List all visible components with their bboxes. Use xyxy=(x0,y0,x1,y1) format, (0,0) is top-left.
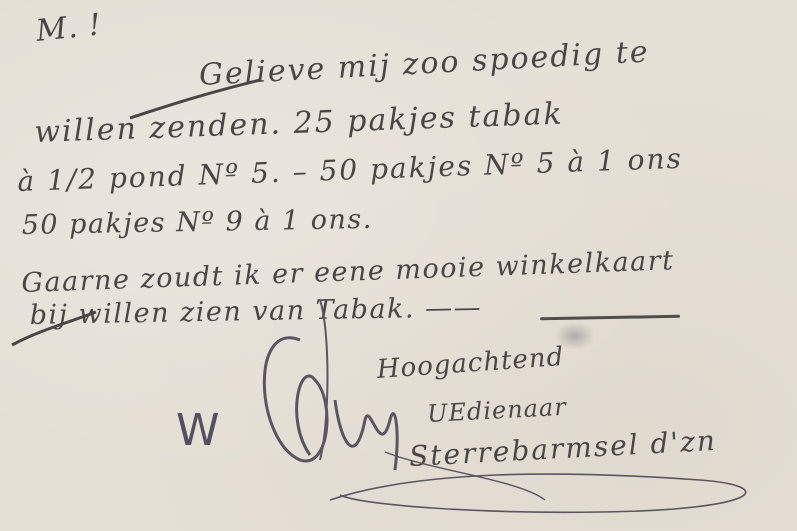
signature-flourish xyxy=(0,0,797,531)
postcard-paper: M. ! Gelieve mij zoo spoedig te willen z… xyxy=(0,0,797,531)
